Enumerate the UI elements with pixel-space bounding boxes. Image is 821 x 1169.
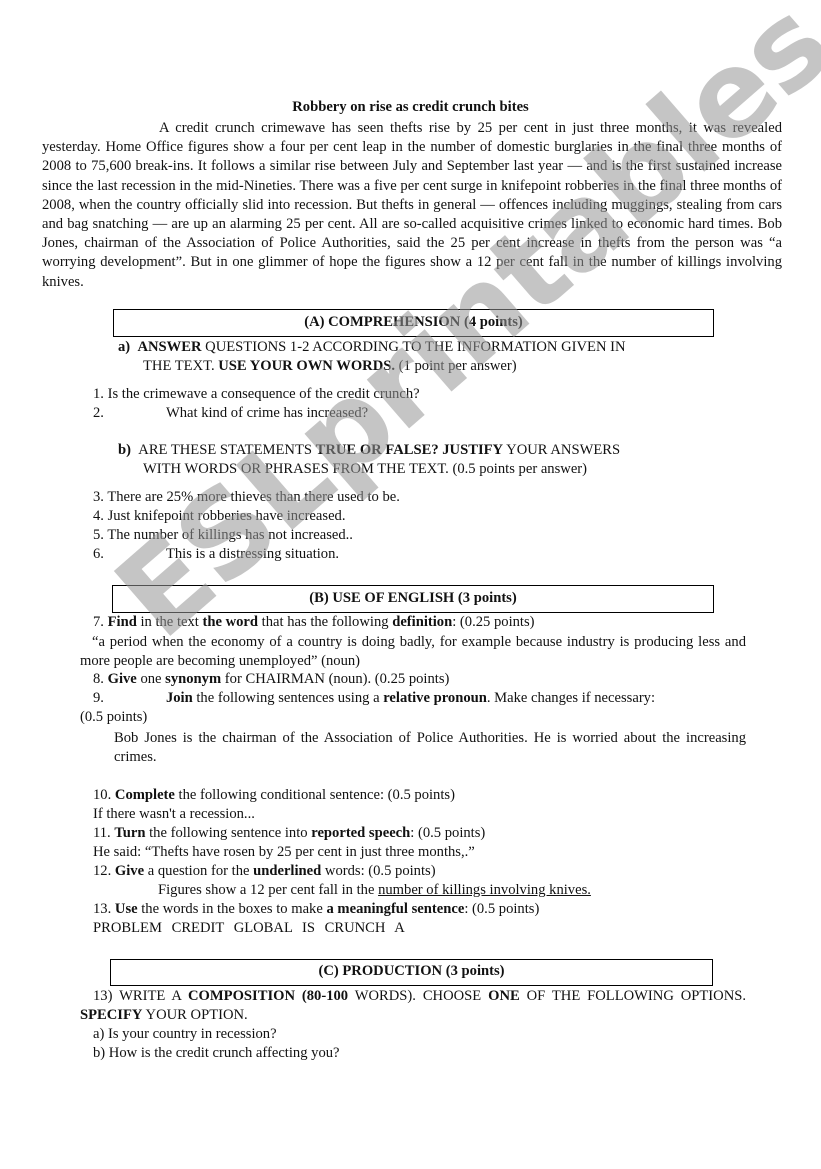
q9-sentence: Bob Jones is the chairman of the Associa… — [114, 729, 746, 767]
q11-text2: : (0.5 points) — [410, 825, 485, 841]
word-chip: A — [394, 920, 405, 936]
prompt-text2: WORDS). CHOOSE — [348, 988, 488, 1004]
section-b-heading: (B) USE OF ENGLISH (3 points) — [113, 586, 713, 610]
q13-bold2: a meaningful sentence — [326, 901, 464, 917]
question-7: 7. Find in the text the word that has th… — [93, 614, 535, 631]
question-number: 8. — [93, 671, 104, 687]
statement-number: 5. — [93, 527, 104, 543]
word-chip: PROBLEM — [93, 920, 162, 936]
question-number: 7. — [93, 614, 104, 630]
q10-text1: the following conditional sentence: (0.5… — [175, 787, 455, 803]
section-c-heading: (C) PRODUCTION (3 points) — [111, 960, 712, 983]
question-10: 10. Complete the following conditional s… — [93, 787, 455, 804]
q9-left: 9.Join the following sentences using a r… — [93, 690, 655, 707]
question-1: 1. Is the crimewave a consequence of the… — [93, 386, 420, 403]
part-a-text: QUESTIONS 1-2 ACCORDING TO THE INFORMATI… — [202, 339, 626, 355]
statement-text: The number of killings has not increased… — [107, 527, 353, 543]
q7-bold1: Find — [108, 614, 137, 630]
section-a-heading-box: (A) COMPREHENSION (4 points) — [113, 309, 714, 337]
part-a-bold2: USE YOUR OWN WORDS. — [218, 358, 395, 374]
word-chip: CREDIT — [172, 920, 224, 936]
q8-bold2: synonym — [165, 671, 221, 687]
part-b-bold: TRUE OR FALSE? JUSTIFY — [316, 442, 503, 458]
q13-bold1: Use — [115, 901, 138, 917]
option-a: a) Is your country in recession? — [93, 1026, 277, 1043]
statement-number: 4. — [93, 508, 104, 524]
question-13: 13. Use the words in the boxes to make a… — [93, 901, 539, 918]
q7-text2: that has the following — [258, 614, 392, 630]
q7-text3: : (0.25 points) — [452, 614, 534, 630]
question-number: 13. — [93, 901, 111, 917]
statement-5: 5. The number of killings has not increa… — [93, 527, 353, 544]
q11-bold1: Turn — [114, 825, 145, 841]
question-number: 12. — [93, 863, 111, 879]
question-number: 1. — [93, 386, 104, 402]
statement-number: 6. — [93, 546, 104, 562]
article-body: A credit crunch crimewave has seen theft… — [42, 119, 782, 292]
q7-text1: in the text — [137, 614, 203, 630]
statement-text: There are 25% more thieves than there us… — [107, 489, 400, 505]
section-b-heading-box: (B) USE OF ENGLISH (3 points) — [112, 585, 714, 613]
q12-sentence-plain: Figures show a 12 per cent fall in the — [158, 882, 378, 898]
prompt-text4: YOUR OPTION. — [142, 1007, 247, 1023]
q13-text2: : (0.5 points) — [464, 901, 539, 917]
q12-bold2: underlined — [253, 863, 321, 879]
part-b-text2: YOUR ANSWERS — [503, 442, 620, 458]
statement-number: 3. — [93, 489, 104, 505]
q13-word-list: PROBLEM CREDIT GLOBAL IS CRUNCH A — [93, 920, 405, 937]
q12-bold1: Give — [115, 863, 144, 879]
q8-bold1: Give — [108, 671, 137, 687]
part-a-instruction-line1: a) ANSWER QUESTIONS 1-2 ACCORDING TO THE… — [118, 339, 626, 356]
q13-text1: the words in the boxes to make — [138, 901, 327, 917]
part-a-text2: THE TEXT. — [143, 358, 218, 374]
prompt-number: 13) — [93, 988, 112, 1004]
section-a-heading: (A) COMPREHENSION (4 points) — [114, 310, 713, 334]
part-a-text3: (1 point per answer) — [395, 358, 517, 374]
word-chip: IS — [302, 920, 315, 936]
q10-prompt: If there wasn't a recession... — [93, 806, 255, 823]
q11-sentence: He said: “Thefts have rosen by 25 per ce… — [93, 844, 475, 861]
q8-text2: for CHAIRMAN (noun). (0.25 points) — [221, 671, 449, 687]
q12-sentence: Figures show a 12 per cent fall in the n… — [158, 882, 591, 899]
composition-prompt: 13) WRITE A COMPOSITION (80-100 WORDS). … — [80, 987, 746, 1025]
part-b-text: ARE THESE STATEMENTS — [138, 442, 315, 458]
part-a-bold: ANSWER — [137, 339, 201, 355]
q9-points: (0.5 points) — [80, 709, 147, 726]
statement-text: Just knifepoint robberies have increased… — [108, 508, 346, 524]
word-chip: CRUNCH — [325, 920, 386, 936]
q9-text1: the following sentences using a — [193, 690, 384, 706]
prompt-bold3: SPECIFY — [80, 1007, 142, 1023]
part-b-instruction-line2: WITH WORDS OR PHRASES FROM THE TEXT. (0.… — [143, 461, 587, 478]
question-number: 10. — [93, 787, 111, 803]
q8-text1: one — [137, 671, 165, 687]
question-9: 9.Join the following sentences using a r… — [93, 690, 746, 707]
statement-4: 4. Just knifepoint robberies have increa… — [93, 508, 346, 525]
part-a-label: a) — [118, 339, 130, 355]
question-number: 2. — [93, 405, 104, 421]
question-11: 11. Turn the following sentence into rep… — [93, 825, 485, 842]
q9-text2: . Make changes if necessary: — [487, 690, 655, 706]
section-c-heading-box: (C) PRODUCTION (3 points) — [110, 959, 713, 986]
part-b-label: b) — [118, 442, 131, 458]
q12-sentence-underlined: number of killings involving knives. — [378, 882, 591, 898]
q11-text1: the following sentence into — [145, 825, 311, 841]
question-text: What kind of crime has increased? — [166, 405, 368, 421]
article-title: Robbery on rise as credit crunch bites — [0, 99, 821, 116]
word-chip: GLOBAL — [234, 920, 293, 936]
q7-bold2: the word — [202, 614, 258, 630]
q7-bold3: definition — [392, 614, 452, 630]
prompt-bold2: ONE — [488, 988, 520, 1004]
prompt-text3: OF THE FOLLOWING OPTIONS. — [520, 988, 746, 1004]
part-b-instruction-line1: b) ARE THESE STATEMENTS TRUE OR FALSE? J… — [118, 442, 620, 459]
q9-bold2: relative pronoun — [383, 690, 487, 706]
question-text: Is the crimewave a consequence of the cr… — [108, 386, 420, 402]
q11-bold2: reported speech — [311, 825, 410, 841]
q7-definition: “a period when the economy of a country … — [80, 633, 746, 671]
part-a-instruction-line2: THE TEXT. USE YOUR OWN WORDS. (1 point p… — [143, 358, 517, 375]
q12-text1: a question for the — [144, 863, 253, 879]
question-2: 2.What kind of crime has increased? — [93, 405, 368, 422]
prompt-bold1: COMPOSITION (80-100 — [188, 988, 348, 1004]
article-body-text: A credit crunch crimewave has seen theft… — [42, 120, 782, 290]
q12-text2: words: (0.5 points) — [321, 863, 435, 879]
statement-6: 6.This is a distressing situation. — [93, 546, 339, 563]
option-b: b) How is the credit crunch affecting yo… — [93, 1045, 340, 1062]
q10-bold1: Complete — [115, 787, 175, 803]
question-number: 9. — [93, 690, 104, 706]
question-8: 8. Give one synonym for CHAIRMAN (noun).… — [93, 671, 449, 688]
question-12: 12. Give a question for the underlined w… — [93, 863, 436, 880]
statement-text: This is a distressing situation. — [166, 546, 339, 562]
q9-bold1: Join — [166, 690, 193, 706]
prompt-text1: WRITE A — [112, 988, 188, 1004]
statement-3: 3. There are 25% more thieves than there… — [93, 489, 400, 506]
question-number: 11. — [93, 825, 111, 841]
